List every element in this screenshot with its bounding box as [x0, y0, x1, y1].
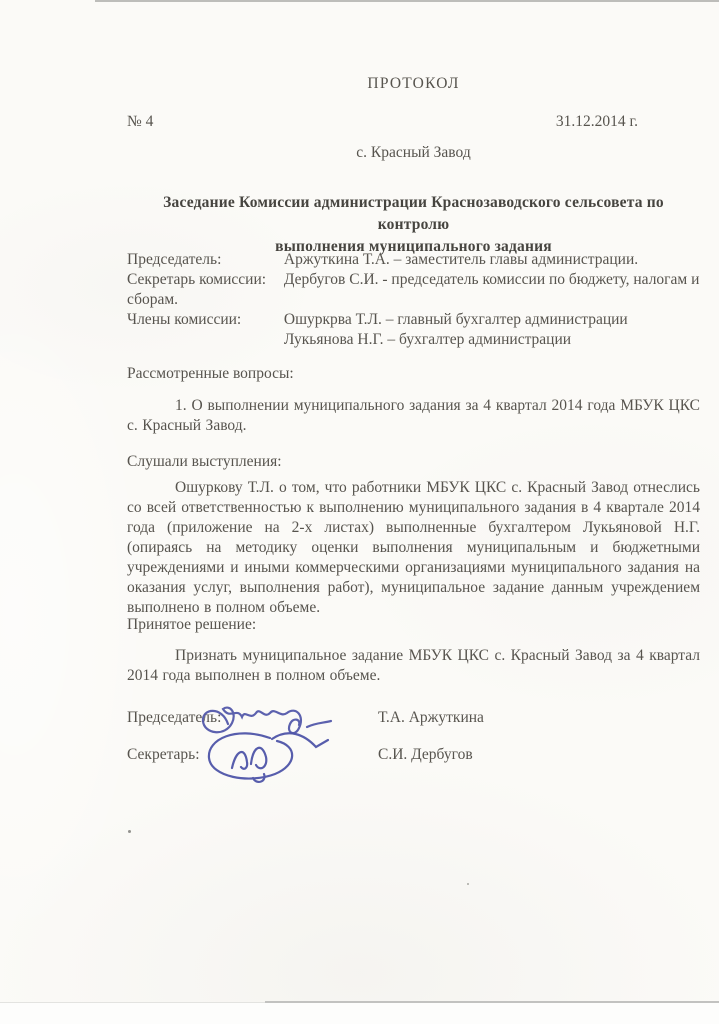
role-label: Секретарь комиссии:: [127, 270, 280, 290]
role-row-secretary-wrap: сборам.: [127, 290, 700, 310]
decision-label: Принятое решение:: [127, 615, 700, 635]
meeting-heading: Заседание Комиссии администрации Красноз…: [127, 192, 700, 258]
role-row-secretary: Секретарь комиссии: Дербугов С.И. - пред…: [127, 270, 700, 290]
chairman-name: Т.А. Аржуткина: [378, 708, 484, 728]
question-1: 1. О выполнении муниципального задания з…: [127, 396, 700, 436]
role-label: Председатель:: [127, 250, 280, 270]
number-date-row: № 4 31.12.2014 г.: [127, 112, 700, 132]
role-row-members: Члены комиссии: Ошуркрва Т.Л. – главный …: [127, 310, 700, 330]
questions-label: Рассмотренные вопросы:: [127, 364, 700, 384]
scan-speck: [128, 830, 131, 833]
secretary-signature-icon: [198, 724, 346, 786]
role-row-member2: Лукьянова Н.Г. – бухгалтер администрации: [127, 330, 700, 350]
meeting-heading-line1: Заседание Комиссии администрации Красноз…: [127, 192, 700, 236]
protocol-place: с. Красный Завод: [127, 143, 700, 163]
secretary-label: Секретарь:: [127, 746, 200, 763]
decision-paragraph: Признать муниципальное задание МБУК ЦКС …: [127, 646, 700, 686]
document-title: ПРОТОКОЛ: [127, 74, 700, 94]
heard-label: Слушали выступления:: [127, 452, 700, 472]
role-label: Члены комиссии:: [127, 310, 280, 330]
role-value: Аржуткина Т.А. – заместитель главы админ…: [284, 251, 638, 268]
role-value: Дербугов С.И. - председатель комиссии по…: [284, 271, 700, 288]
role-value-wrapped: сборам.: [127, 291, 178, 308]
scan-top-edge: [95, 0, 719, 2]
role-value: Лукьянова Н.Г. – бухгалтер администрации: [284, 331, 571, 348]
heard-paragraph: Ошуркову Т.Л. о том, что работники МБУК …: [127, 478, 700, 618]
protocol-number: № 4: [127, 112, 153, 132]
protocol-date: 31.12.2014 г.: [556, 112, 700, 132]
scanned-protocol-page: ПРОТОКОЛ № 4 31.12.2014 г. с. Красный За…: [0, 0, 719, 1024]
role-value: Ошуркрва Т.Л. – главный бухгалтер админи…: [284, 311, 628, 328]
secretary-name: С.И. Дербугов: [378, 745, 473, 765]
scan-speck: [467, 883, 469, 885]
role-row-chairman: Председатель: Аржуткина Т.А. – заместите…: [127, 250, 700, 270]
scanner-background: [0, 1003, 719, 1024]
